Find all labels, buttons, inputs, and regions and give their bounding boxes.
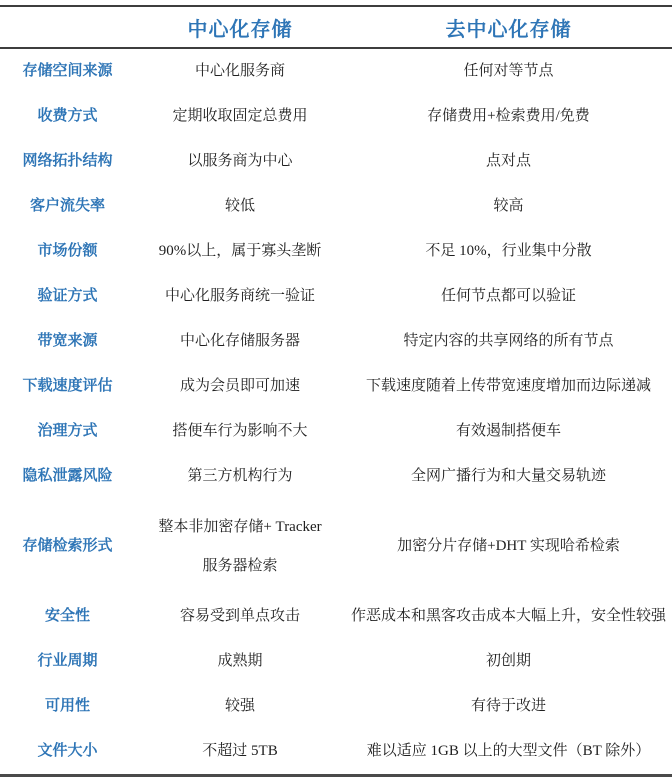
row-label: 下载速度评估 — [0, 376, 135, 396]
header-centralized-storage: 中心化存储 — [135, 13, 345, 42]
decentralized-value: 难以适应 1GB 以上的大型文件（BT 除外） — [345, 741, 672, 761]
row-label: 隐私泄露风险 — [0, 466, 135, 486]
row-label: 行业周期 — [0, 651, 135, 671]
centralized-value: 中心化服务商统一验证 — [135, 286, 345, 306]
table-header-row: 中心化存储 去中心化存储 — [0, 7, 672, 49]
centralized-value: 90%以上，属于寡头垄断 — [135, 241, 345, 261]
centralized-value: 中心化服务商 — [135, 61, 345, 81]
row-label: 网络拓扑结构 — [0, 151, 135, 171]
centralized-value: 定期收取固定总费用 — [135, 106, 345, 126]
table-row-market-share: 市场份额 90%以上，属于寡头垄断 不足 10%，行业集中分散 — [0, 229, 672, 274]
row-label: 客户流失率 — [0, 196, 135, 216]
row-label: 验证方式 — [0, 286, 135, 306]
decentralized-value: 作恶成本和黑客攻击成本大幅上升，安全性较强 — [345, 606, 672, 626]
table-row-verification-method: 验证方式 中心化服务商统一验证 任何节点都可以验证 — [0, 274, 672, 319]
row-label: 存储空间来源 — [0, 61, 135, 81]
table-row-availability: 可用性 较强 有待于改进 — [0, 684, 672, 729]
decentralized-value: 任何节点都可以验证 — [345, 286, 672, 306]
decentralized-value: 加密分片存储+DHT 实现哈希检索 — [345, 536, 672, 556]
decentralized-value: 点对点 — [345, 151, 672, 171]
centralized-value: 成熟期 — [135, 651, 345, 671]
row-label: 可用性 — [0, 696, 135, 716]
centralized-value: 较强 — [135, 696, 345, 716]
centralized-value: 不超过 5TB — [135, 741, 345, 761]
decentralized-value: 有效遏制搭便车 — [345, 421, 672, 441]
table-row-security: 安全性 容易受到单点攻击 作恶成本和黑客攻击成本大幅上升，安全性较强 — [0, 594, 672, 639]
table-row-download-speed: 下载速度评估 成为会员即可加速 下载速度随着上传带宽速度增加而边际递减 — [0, 364, 672, 409]
table-row-privacy-risk: 隐私泄露风险 第三方机构行为 全网广播行为和大量交易轨迹 — [0, 454, 672, 499]
comparison-table-page: 中心化存储 去中心化存储 存储空间来源 中心化服务商 任何对等节点 收费方式 定… — [0, 0, 672, 780]
table-row-industry-cycle: 行业周期 成熟期 初创期 — [0, 639, 672, 684]
row-label: 安全性 — [0, 606, 135, 626]
decentralized-value: 较高 — [345, 196, 672, 216]
table-row-file-size: 文件大小 不超过 5TB 难以适应 1GB 以上的大型文件（BT 除外） — [0, 729, 672, 774]
decentralized-value: 下载速度随着上传带宽速度增加而边际递减 — [345, 376, 672, 396]
storage-comparison-table: 中心化存储 去中心化存储 存储空间来源 中心化服务商 任何对等节点 收费方式 定… — [0, 5, 672, 777]
centralized-value: 以服务商为中心 — [135, 151, 345, 171]
row-label: 治理方式 — [0, 421, 135, 441]
centralized-value: 容易受到单点攻击 — [135, 606, 345, 626]
centralized-value: 成为会员即可加速 — [135, 376, 345, 396]
row-label: 带宽来源 — [0, 331, 135, 351]
table-row-governance: 治理方式 搭便车行为影响不大 有效遏制搭便车 — [0, 409, 672, 454]
decentralized-value: 任何对等节点 — [345, 61, 672, 81]
table-row-storage-source: 存储空间来源 中心化服务商 任何对等节点 — [0, 49, 672, 94]
decentralized-value: 初创期 — [345, 651, 672, 671]
row-label: 收费方式 — [0, 106, 135, 126]
table-row-bandwidth-source: 带宽来源 中心化存储服务器 特定内容的共享网络的所有节点 — [0, 319, 672, 364]
centralized-value: 较低 — [135, 196, 345, 216]
centralized-value: 整本非加密存储+ Tracker 服务器检索 — [135, 508, 345, 585]
row-label: 文件大小 — [0, 741, 135, 761]
centralized-value: 第三方机构行为 — [135, 466, 345, 486]
centralized-value: 中心化存储服务器 — [135, 331, 345, 351]
row-label: 存储检索形式 — [0, 536, 135, 556]
decentralized-value: 特定内容的共享网络的所有节点 — [345, 331, 672, 351]
table-row-charging-method: 收费方式 定期收取固定总费用 存储费用+检索费用/免费 — [0, 94, 672, 139]
centralized-value: 搭便车行为影响不大 — [135, 421, 345, 441]
decentralized-value: 有待于改进 — [345, 696, 672, 716]
table-row-network-topology: 网络拓扑结构 以服务商为中心 点对点 — [0, 139, 672, 184]
table-row-customer-churn: 客户流失率 较低 较高 — [0, 184, 672, 229]
decentralized-value: 全网广播行为和大量交易轨迹 — [345, 466, 672, 486]
decentralized-value: 存储费用+检索费用/免费 — [345, 106, 672, 126]
row-label: 市场份额 — [0, 241, 135, 261]
decentralized-value: 不足 10%，行业集中分散 — [345, 241, 672, 261]
header-decentralized-storage: 去中心化存储 — [345, 13, 672, 42]
table-row-storage-retrieval-form: 存储检索形式 整本非加密存储+ Tracker 服务器检索 加密分片存储+DHT… — [0, 499, 672, 594]
